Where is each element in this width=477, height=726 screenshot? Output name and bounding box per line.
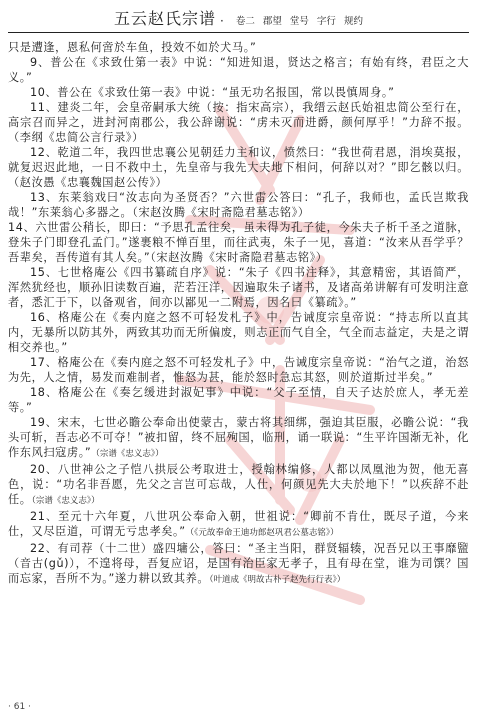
paragraph-18: 18、格庵公在《奏乞缓进封淑妃事》中说：“父子至情，自天子达於庶人，孝无差等。” <box>8 385 469 415</box>
book-page: 五云赵氏宗谱 · 卷二 郡望 堂号 字行 规约 只是遭逢，恩私何啻於车鱼，投效不… <box>0 0 477 726</box>
paragraph-continuation: 只是遭逢，恩私何啻於车鱼，投效不如於犬马。” <box>8 40 469 55</box>
paragraph-text: 只是遭逢，恩私何啻於车鱼，投效不如於犬马。” <box>8 41 256 54</box>
book-title: 五云赵氏宗谱 <box>114 6 216 29</box>
paragraph-text: 15、七世格庵公《四书纂疏自序》说：“朱子《四书注释》，其意精密，其语简严，浑然… <box>8 266 469 309</box>
citation: （《元故奉命王迪功郎赵巩君公墓志铭》） <box>186 528 339 538</box>
paragraph-15: 15、七世格庵公《四书纂疏自序》说：“朱子《四书注释》，其意精密，其语简严，浑然… <box>8 265 469 310</box>
paragraph-16: 16、格庵公在《奏内庭之怒不可轻发札子》中，告诫度宗皇帝说：“持志所以直其内，无… <box>8 310 469 355</box>
paragraph-9: 9、普公在《求致仕第一表》中说：“知进知退，贤达之格言；有始有终，君臣之大义。” <box>8 55 469 85</box>
paragraph-text: 9、普公在《求致仕第一表》中说：“知进知退，贤达之格言；有始有终，君臣之大义。” <box>8 56 469 84</box>
header-subsection: 堂号 <box>290 13 309 27</box>
paragraph-19: 19、宋末，七世必瞻公奉命出使蒙古，蒙古将其细绑，强迫其臣服，必瞻公说：“我头可… <box>8 415 469 462</box>
citation: （宗谱《忠义志》） <box>32 496 100 506</box>
header-subsection: 字行 <box>317 13 336 27</box>
page-number: · 61 · <box>8 702 31 712</box>
paragraph-21: 21、至元十六年夏，八世巩公奉命入朝，世祖说：“卿前不肯仕，既尽子道，今来仕，又… <box>8 509 469 541</box>
paragraph-17: 17、格庵公在《奏内庭之怒不可轻发札子》中，告诫度宗皇帝说：“治气之道，治怒为先… <box>8 355 469 385</box>
paragraph-text: 18、格庵公在《奏乞缓进封淑妃事》中说：“父子至情，自天子达於庶人，孝无差等。” <box>8 386 469 414</box>
paragraph-20: 20、八世神公之子恺八拱辰公考取进士，授翰林编修，人都以凤凰池为贺，他无喜色，说… <box>8 462 469 509</box>
paragraph-10: 10、普公在《求致仕第一表》中说：“虽无功名报国，常以畏慎周身。” <box>8 85 469 100</box>
paragraph-text: 13、东莱翁戏曰“汝志向为圣贤否？”六世雷公答曰：“孔子，我师也，孟氏岂欺我哉！… <box>8 191 469 219</box>
paragraph-14: 14、六世雷公稍长，即曰：“予思孔孟往矣，虽未得为孔子徒，今朱夫子析千圣之道脉，… <box>8 220 469 265</box>
citation: （宗谱《忠义志》） <box>91 449 163 459</box>
paragraph-11: 11、建炎二年，会皇帝嗣承大统（按：指宋高宗），我缙云赵氏始祖忠简公至行在，高宗… <box>8 100 469 145</box>
citation: （叶道成《明故古朴子赵先行行表》） <box>209 575 345 585</box>
paragraph-22: 22、有司荐（十二世）盛四墉公，答曰：“圣主当阳，群贤辐辏，况吾兄以王事靡盬（音… <box>8 541 469 588</box>
paragraph-text: 16、格庵公在《奏内庭之怒不可轻发札子》中，告诫度宗皇帝说：“持志所以直其内，无… <box>8 311 469 354</box>
paragraph-text: 14、六世雷公稍长，即曰：“予思孔孟往矣，虽未得为孔子徒，今朱夫子析千圣之道脉，… <box>8 221 469 264</box>
paragraph-text: 10、普公在《求致仕第一表》中说：“虽无功名报国，常以畏慎周身。” <box>30 86 394 99</box>
paragraph-12: 12、乾道二年，我四世忠襄公见朝廷力主和议，愤然曰：“我世荷君恩，涓埃莫报，就复… <box>8 145 469 190</box>
paragraph-text: 11、建炎二年，会皇帝嗣承大统（按：指宋高宗），我缙云赵氏始祖忠简公至行在，高宗… <box>8 101 469 144</box>
paragraph-13: 13、东莱翁戏曰“汝志向为圣贤否？”六世雷公答曰：“孔子，我师也，孟氏岂欺我哉！… <box>8 190 469 220</box>
running-header: 五云赵氏宗谱 · 卷二 郡望 堂号 字行 规约 <box>8 6 469 33</box>
header-subsection: 规约 <box>344 13 363 27</box>
paragraph-text: 17、格庵公在《奏内庭之怒不可轻发札子》中，告诫度宗皇帝说：“治气之道，治怒为先… <box>8 356 469 384</box>
header-separator: · <box>220 14 224 28</box>
header-subsection: 郡望 <box>263 13 282 27</box>
page-body: 只是遭逢，恩私何啻於车鱼，投效不如於犬马。” 9、普公在《求致仕第一表》中说：“… <box>8 40 469 588</box>
paragraph-text: 19、宋末，七世必瞻公奉命出使蒙古，蒙古将其细绑，强迫其臣服，必瞻公说：“我头可… <box>8 416 469 459</box>
paragraph-text: 12、乾道二年，我四世忠襄公见朝廷力主和议，愤然曰：“我世荷君恩，涓埃莫报，就复… <box>8 146 469 189</box>
header-section: 卷二 <box>236 13 255 27</box>
